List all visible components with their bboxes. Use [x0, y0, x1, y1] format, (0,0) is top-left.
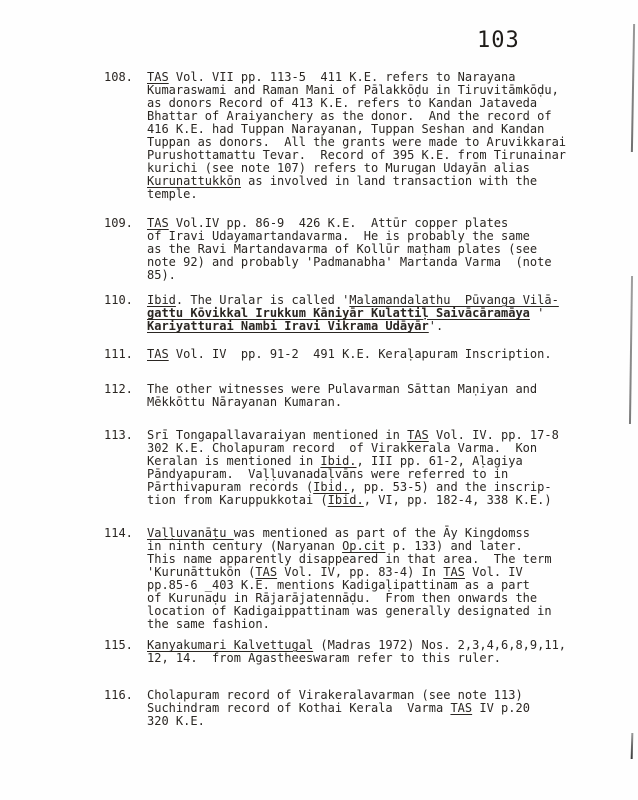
- underlined-text: Ibid.: [328, 493, 364, 507]
- note-line: TAS Vol. IV pp. 91-2 491 K.E. Keraḷapura…: [147, 348, 578, 361]
- text-segment: Srī Tongapallavaraiyan mentioned in: [147, 428, 407, 442]
- note-item: 114.Vaḷḷuvanāṭu was mentioned as part of…: [104, 527, 578, 631]
- text-segment: the same fashion.: [147, 617, 270, 631]
- underlined-text: Op.cit: [342, 539, 385, 553]
- text-segment: 85).: [147, 268, 176, 282]
- note-line: the same fashion.: [147, 618, 578, 631]
- underlined-text: Kariyatturai Nambi Iravi Vikrama Udāyār: [147, 319, 429, 333]
- note-line: Suchindram record of Kothai Kerala Varma…: [147, 702, 578, 715]
- scan-artifact-mark: [631, 733, 634, 759]
- note-number: 111.: [104, 348, 147, 361]
- note-text: Cholapuram record of Virakeralavarman (s…: [147, 689, 578, 728]
- text-segment: 'Kurunāttukōn (: [147, 565, 255, 579]
- underlined-text: gattu Kōvikkal Irukkum Kāniyār Kulattiḷ …: [147, 306, 530, 320]
- underlined-text: TAS: [450, 701, 472, 715]
- underlined-text: TAS: [147, 347, 169, 361]
- text-segment: as the Ravi Martandavarma of Kollūr maṭh…: [147, 242, 537, 256]
- note-line: temple.: [147, 188, 578, 201]
- underlined-text: TAS: [407, 428, 429, 442]
- note-item: 108.TAS Vol. VII pp. 113-5 411 K.E. refe…: [104, 71, 578, 201]
- text-segment: kurichi (see note 107) refers to Murugan…: [147, 161, 530, 175]
- text-segment: pp.85-6 _403 K.E. mentions Kadigaḷipatti…: [147, 578, 530, 592]
- text-segment: location of Kadigaippattinam was general…: [147, 604, 552, 618]
- note-line: 12, 14. from Agastheeswaram refer to thi…: [147, 652, 578, 665]
- text-segment: The other witnesses were Pulavarman Sātt…: [147, 382, 537, 396]
- underlined-text: Kurunattukkōn: [147, 174, 241, 188]
- note-number: 116.: [104, 689, 147, 702]
- text-segment: p. 133) and later.: [385, 539, 522, 553]
- note-item: 109.TAS Vol.IV pp. 86-9 426 K.E. Attūr c…: [104, 217, 578, 282]
- underlined-text: TAS: [147, 70, 169, 84]
- document-page: 103 108.TAS Vol. VII pp. 113-5 411 K.E. …: [0, 0, 638, 800]
- text-segment: as involved in land transaction with the: [241, 174, 537, 188]
- underlined-text: Vaḷḷuvanāṭu: [147, 526, 234, 540]
- text-segment: of Iravi Udayamartandavarma. He is proba…: [147, 229, 530, 243]
- note-item: 113.Srī Tongapallavaraiyan mentioned in …: [104, 429, 578, 507]
- text-segment: (Madras 1972) Nos. 2,3,4,6,8,9,11,: [313, 638, 566, 652]
- text-segment: 302 K.E. Cholapuram record of Virakkeral…: [147, 441, 537, 455]
- note-line: tion from Karuppukkotai (Ibid., VI, pp. …: [147, 494, 578, 507]
- note-item: 111.TAS Vol. IV pp. 91-2 491 K.E. Keraḷa…: [104, 348, 578, 361]
- note-line: Mēkkōttu Nārayanan Kumaran.: [147, 396, 578, 409]
- underlined-text: TAS: [255, 565, 277, 579]
- note-number: 109.: [104, 217, 147, 230]
- text-segment: note 92) and probably 'Padmanabha' Marta…: [147, 255, 552, 269]
- note-item: 112.The other witnesses were Pulavarman …: [104, 383, 578, 409]
- note-item: 116.Cholapuram record of Virakeralavarma…: [104, 689, 578, 728]
- text-segment: Vol. IV: [465, 565, 523, 579]
- note-line: 85).: [147, 269, 578, 282]
- text-segment: Tuppan as donors. All the grants were ma…: [147, 135, 566, 149]
- underlined-text: TAS: [147, 216, 169, 230]
- text-segment: Pāndyapuram. Vaḷḷuvanadaḷvāns were refer…: [147, 467, 508, 481]
- note-line: note 92) and probably 'Padmanabha' Marta…: [147, 256, 578, 269]
- note-text: Ibid. The Uralar is called 'Malamandalat…: [147, 294, 578, 333]
- underlined-text: Kanyakumari Kalvettugal: [147, 638, 313, 652]
- text-segment: Purushottamattu Tevar. Record of 395 K.E…: [147, 148, 566, 162]
- text-segment: as donors Record of 413 K.E. refers to K…: [147, 96, 537, 110]
- note-text: TAS Vol.IV pp. 86-9 426 K.E. Attūr coppe…: [147, 217, 578, 282]
- note-line: Kariyatturai Nambi Iravi Vikrama Udāyār'…: [147, 320, 578, 333]
- text-segment: 320 K.E.: [147, 714, 205, 728]
- note-number: 110.: [104, 294, 147, 307]
- note-line: 320 K.E.: [147, 715, 578, 728]
- scan-artifact-line: [631, 24, 635, 152]
- text-segment: Vol. IV, pp. 83-4) In: [277, 565, 443, 579]
- text-segment: temple.: [147, 187, 198, 201]
- underlined-text: Malamandalathu Pūvanga Vilā-: [349, 293, 559, 307]
- note-item: 110.Ibid. The Uralar is called 'Malamand…: [104, 294, 578, 333]
- text-segment: ': [530, 306, 544, 320]
- text-segment: of Kurunaḍu in Rājarājatennāḍu. From the…: [147, 591, 537, 605]
- text-segment: , pp. 53-5) and the inscrip-: [349, 480, 551, 494]
- text-segment: , VI, pp. 182-4, 338 K.E.): [364, 493, 552, 507]
- text-segment: '.: [429, 319, 443, 333]
- note-text: Vaḷḷuvanāṭu was mentioned as part of the…: [147, 527, 578, 631]
- underlined-text: Ibid.: [320, 454, 356, 468]
- note-item: 115.Kanyakumari Kalvettugal (Madras 1972…: [104, 639, 578, 665]
- underlined-text: Ibid.: [313, 480, 349, 494]
- text-segment: Pārthivapuram records (: [147, 480, 313, 494]
- note-text: TAS Vol. IV pp. 91-2 491 K.E. Keraḷapura…: [147, 348, 578, 361]
- text-segment: Vol. IV. pp. 17-8: [429, 428, 559, 442]
- text-segment: Vol. VII pp. 113-5 411 K.E. refers to Na…: [169, 70, 516, 84]
- note-number: 113.: [104, 429, 147, 442]
- note-text: Kanyakumari Kalvettugal (Madras 1972) No…: [147, 639, 578, 665]
- note-number: 115.: [104, 639, 147, 652]
- text-segment: Vol.IV pp. 86-9 426 K.E. Attūr copper pl…: [169, 216, 509, 230]
- text-segment: IV p.20: [472, 701, 530, 715]
- text-segment: . The Uralar is called ': [176, 293, 349, 307]
- scan-artifact-line: [629, 276, 633, 424]
- text-segment: Kumaraswami and Raman Mani of Pālakkōḍu …: [147, 83, 559, 97]
- note-text: TAS Vol. VII pp. 113-5 411 K.E. refers t…: [147, 71, 578, 201]
- text-segment: was mentioned as part of the Āy Kingdoms…: [234, 526, 530, 540]
- note-number: 112.: [104, 383, 147, 396]
- text-segment: Vol. IV pp. 91-2 491 K.E. Keraḷapuram In…: [169, 347, 552, 361]
- note-line: Kurunattukkōn as involved in land transa…: [147, 175, 578, 188]
- underlined-text: TAS: [443, 565, 465, 579]
- note-text: Srī Tongapallavaraiyan mentioned in TAS …: [147, 429, 578, 507]
- text-segment: in ninth century (Naryanan: [147, 539, 342, 553]
- text-segment: , III pp. 61-2, Aḷagiya: [357, 454, 523, 468]
- text-segment: Keralan is mentioned in: [147, 454, 320, 468]
- text-segment: This name apparently disappeared in that…: [147, 552, 552, 566]
- page-number: 103: [477, 28, 520, 53]
- text-segment: Mēkkōttu Nārayanan Kumaran.: [147, 395, 342, 409]
- text-segment: 12, 14. from Agastheeswaram refer to thi…: [147, 651, 501, 665]
- note-number: 114.: [104, 527, 147, 540]
- underlined-text: Ibid: [147, 293, 176, 307]
- text-segment: Suchindram record of Kothai Kerala Varma: [147, 701, 450, 715]
- notes-list: 108.TAS Vol. VII pp. 113-5 411 K.E. refe…: [104, 71, 578, 728]
- note-number: 108.: [104, 71, 147, 84]
- text-segment: Bhattar of Araiyanchery as the donor. An…: [147, 109, 552, 123]
- text-segment: Cholapuram record of Virakeralavarman (s…: [147, 688, 523, 702]
- text-segment: 416 K.E. had Tuppan Narayanan, Tuppan Se…: [147, 122, 544, 136]
- note-text: The other witnesses were Pulavarman Sātt…: [147, 383, 578, 409]
- text-segment: tion from Karuppukkotai (: [147, 493, 328, 507]
